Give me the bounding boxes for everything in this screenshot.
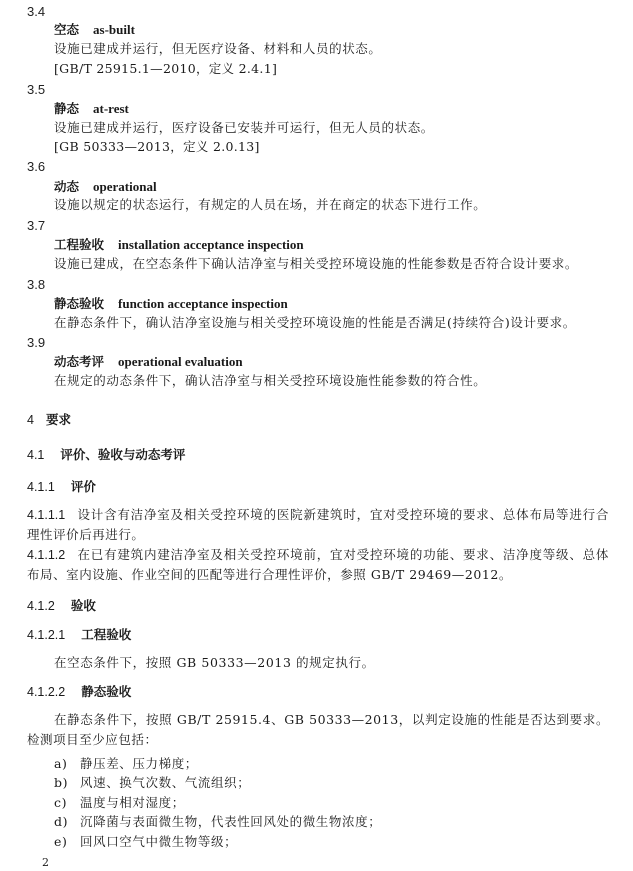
term-zh: 动态考评: [54, 354, 104, 369]
list-item: d)沉降菌与表面微生物，代表性回风处的微生物浓度；: [54, 816, 381, 829]
definition-term: 静态at-rest: [54, 102, 129, 116]
clause-text: 在空态条件下，按照 GB 50333—2013 的规定执行。: [54, 657, 375, 670]
definition-text: 设施以规定的状态运行，有规定的人员在场，并在商定的状态下进行工作。: [54, 199, 486, 212]
list-item: a)静压差、压力梯度；: [54, 758, 198, 771]
term-en: installation acceptance inspection: [118, 237, 304, 252]
definition-text: 在静态条件下，确认洁净室设施与相关受控环境设施的性能是否满足(持续符合)设计要求…: [54, 317, 576, 330]
section-heading: 4要求: [27, 414, 71, 427]
list-item: c)温度与相对湿度；: [54, 797, 185, 810]
definition-source: [GB/T 25915.1—2010，定义 2.4.1]: [54, 63, 277, 76]
definition-term: 动态考评operational evaluation: [54, 355, 243, 369]
definition-term: 工程验收installation acceptance inspection: [54, 238, 304, 252]
definition-term: 空态as-built: [54, 23, 135, 37]
definition-text: 设施已建成并运行，但无医疗设备、材料和人员的状态。: [54, 43, 382, 56]
page-number: 2: [42, 857, 49, 868]
term-en: as-built: [93, 22, 135, 37]
term-en: operational: [93, 179, 157, 194]
definition-number: 3.9: [27, 336, 45, 349]
term-en: operational evaluation: [118, 354, 243, 369]
definition-text: 在规定的动态条件下，确认洁净室与相关受控环境设施性能参数的符合性。: [54, 375, 486, 388]
term-zh: 静态验收: [54, 296, 104, 311]
section-heading: 4.1.2验收: [27, 600, 96, 613]
term-en: at-rest: [93, 101, 129, 116]
definition-text: 设施已建成并运行，医疗设备已安装并可运行，但无人员的状态。: [54, 122, 434, 135]
term-zh: 工程验收: [54, 237, 104, 252]
clause-paragraph: 在静态条件下，按照 GB/T 25915.4、GB 50333—2013，以判定…: [27, 710, 609, 750]
term-zh: 静态: [54, 101, 79, 116]
section-heading: 4.1.1评价: [27, 481, 96, 494]
list-item: b)风速、换气次数、气流组织；: [54, 777, 250, 790]
definition-source: [GB 50333—2013，定义 2.0.13]: [54, 141, 260, 154]
definition-term: 静态验收function acceptance inspection: [54, 297, 288, 311]
definition-term: 动态operational: [54, 180, 157, 194]
definition-number: 3.8: [27, 278, 45, 291]
definition-text: 设施已建成，在空态条件下确认洁净室与相关受控环境设施的性能参数是否符合设计要求。: [54, 258, 578, 271]
definition-number: 3.4: [27, 5, 45, 18]
list-item: e)回风口空气中微生物等级；: [54, 836, 237, 849]
definition-number: 3.7: [27, 219, 45, 232]
definition-number: 3.5: [27, 83, 45, 96]
clause-paragraph: 4.1.1.2在已有建筑内建洁净室及相关受控环境前，宜对受控环境的功能、要求、洁…: [27, 545, 609, 585]
section-heading: 4.1.2.1工程验收: [27, 629, 131, 642]
section-heading: 4.1.2.2静态验收: [27, 686, 131, 699]
clause-paragraph: 4.1.1.1设计含有洁净室及相关受控环境的医院新建筑时，宜对受控环境的要求、总…: [27, 505, 609, 545]
term-zh: 动态: [54, 179, 79, 194]
section-heading: 4.1评价、验收与动态考评: [27, 449, 185, 462]
term-en: function acceptance inspection: [118, 296, 288, 311]
term-zh: 空态: [54, 22, 79, 37]
definition-number: 3.6: [27, 160, 45, 173]
